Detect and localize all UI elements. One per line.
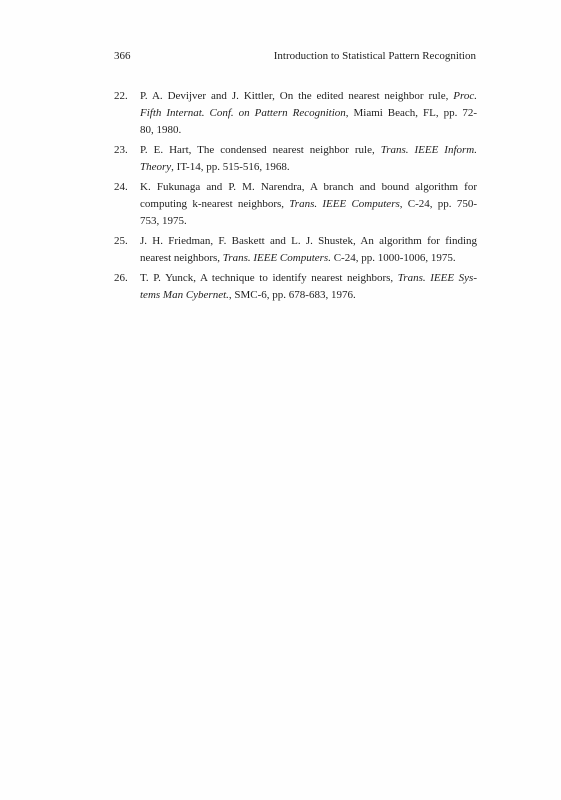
reference-line: Fifth Internat. Conf. on Pattern Recogni…	[140, 105, 477, 122]
reference-segment: 80, 1980.	[140, 124, 181, 136]
reference-text: K. Fukunaga and P. M. Narendra, A branch…	[140, 179, 477, 230]
reference-segment: nearest neighbors,	[140, 252, 223, 264]
reference-text: P. A. Devijver and J. Kittler, On the ed…	[140, 88, 477, 139]
reference-text: P. E. Hart, The condensed nearest neighb…	[140, 142, 477, 176]
reference-segment-italic: Trans. IEEE Inform.	[381, 144, 477, 156]
running-title: Introduction to Statistical Pattern Reco…	[274, 48, 476, 65]
reference-segment: computing k-nearest neighbors,	[140, 198, 289, 210]
reference-line: 80, 1980.	[140, 122, 477, 139]
reference-segment-italic: tems Man Cybernet.	[140, 289, 229, 301]
reference-segment-italic: Trans. IEEE Sys-	[398, 272, 477, 284]
page-header: 366 Introduction to Statistical Pattern …	[114, 48, 476, 65]
reference-segment-italic: Fifth Internat. Conf. on Pattern Recogni…	[140, 107, 346, 119]
reference-line: J. H. Friedman, F. Baskett and L. J. Shu…	[140, 233, 477, 250]
reference-segment: J. H. Friedman, F. Baskett and L. J. Shu…	[140, 235, 477, 247]
reference-number: 24.	[114, 179, 140, 230]
reference-segment: , C-24, pp. 750-	[400, 198, 477, 210]
reference-segment-italic: Proc.	[453, 90, 477, 102]
reference-item-25: 25. J. H. Friedman, F. Baskett and L. J.…	[114, 233, 478, 267]
reference-line: P. E. Hart, The condensed nearest neighb…	[140, 142, 477, 159]
reference-line: P. A. Devijver and J. Kittler, On the ed…	[140, 88, 477, 105]
reference-number: 23.	[114, 142, 140, 176]
book-page: 366 Introduction to Statistical Pattern …	[0, 0, 561, 800]
reference-segment-italic: Trans. IEEE Computers.	[223, 252, 331, 264]
reference-item-22: 22. P. A. Devijver and J. Kittler, On th…	[114, 88, 478, 139]
reference-segment: T. P. Yunck, A technique to identify nea…	[140, 272, 398, 284]
page-number: 366	[114, 48, 131, 65]
reference-segment: P. E. Hart, The condensed nearest neighb…	[140, 144, 381, 156]
reference-line: Theory, IT-14, pp. 515-516, 1968.	[140, 159, 477, 176]
reference-line: 753, 1975.	[140, 213, 477, 230]
reference-segment-italic: Theory	[140, 161, 171, 173]
reference-line: tems Man Cybernet., SMC-6, pp. 678-683, …	[140, 287, 477, 304]
reference-line: nearest neighbors, Trans. IEEE Computers…	[140, 250, 477, 267]
reference-text: J. H. Friedman, F. Baskett and L. J. Shu…	[140, 233, 477, 267]
reference-list: 22. P. A. Devijver and J. Kittler, On th…	[114, 88, 478, 307]
reference-segment: 753, 1975.	[140, 215, 187, 227]
reference-segment: K. Fukunaga and P. M. Narendra, A branch…	[140, 181, 477, 193]
reference-text: T. P. Yunck, A technique to identify nea…	[140, 270, 477, 304]
reference-number: 25.	[114, 233, 140, 267]
reference-number: 26.	[114, 270, 140, 304]
reference-segment: , Miami Beach, FL, pp. 72-	[346, 107, 477, 119]
reference-segment-italic: Trans. IEEE Computers	[289, 198, 399, 210]
reference-line: K. Fukunaga and P. M. Narendra, A branch…	[140, 179, 477, 196]
reference-item-24: 24. K. Fukunaga and P. M. Narendra, A br…	[114, 179, 478, 230]
reference-item-26: 26. T. P. Yunck, A technique to identify…	[114, 270, 478, 304]
reference-segment: , SMC-6, pp. 678-683, 1976.	[229, 289, 356, 301]
reference-segment: C-24, pp. 1000-1006, 1975.	[331, 252, 456, 264]
reference-segment: P. A. Devijver and J. Kittler, On the ed…	[140, 90, 453, 102]
reference-item-23: 23. P. E. Hart, The condensed nearest ne…	[114, 142, 478, 176]
reference-line: computing k-nearest neighbors, Trans. IE…	[140, 196, 477, 213]
reference-number: 22.	[114, 88, 140, 139]
reference-line: T. P. Yunck, A technique to identify nea…	[140, 270, 477, 287]
reference-segment: , IT-14, pp. 515-516, 1968.	[171, 161, 289, 173]
